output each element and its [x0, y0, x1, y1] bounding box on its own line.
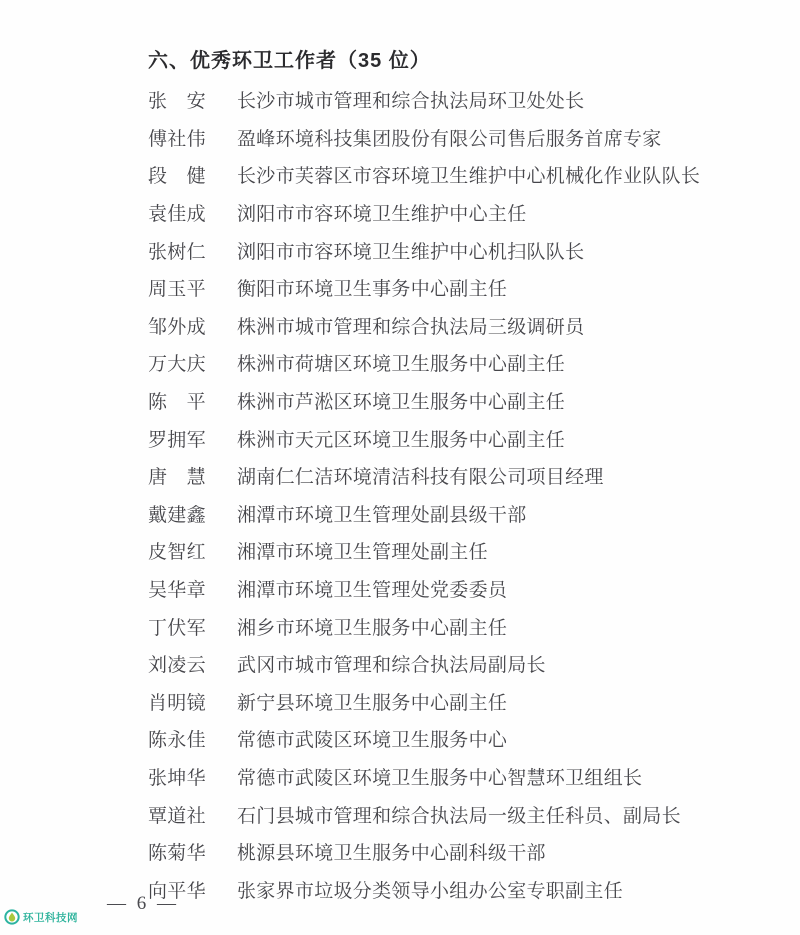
list-item: 张坤华常德市武陵区环境卫生服务中心智慧环卫组组长	[148, 758, 700, 796]
list-item: 邹外成株洲市城市管理和综合执法局三级调研员	[148, 307, 700, 345]
watermark-label: 环卫科技网	[23, 910, 78, 925]
person-title: 湘潭市环境卫生管理处党委委员	[237, 575, 507, 602]
person-title: 常德市武陵区环境卫生服务中心	[237, 725, 507, 752]
person-name: 张 安	[148, 86, 209, 113]
watermark: 环卫科技网	[4, 909, 78, 925]
water-drop-circle-icon	[4, 909, 20, 925]
person-name: 罗拥军	[148, 425, 209, 452]
person-title: 长沙市城市管理和综合执法局环卫处处长	[237, 86, 584, 113]
person-name: 邹外成	[148, 312, 209, 339]
list-item: 唐 慧湖南仁仁洁环境清洁科技有限公司项目经理	[148, 457, 700, 495]
page-number: — 6 —	[107, 893, 179, 915]
person-title: 株洲市天元区环境卫生服务中心副主任	[237, 425, 565, 452]
person-title: 湘潭市环境卫生管理处副县级干部	[237, 500, 527, 527]
person-name: 刘凌云	[148, 650, 209, 677]
person-name: 丁伏军	[148, 613, 209, 640]
person-title: 湘潭市环境卫生管理处副主任	[237, 537, 488, 564]
person-title: 桃源县环境卫生服务中心副科级干部	[237, 838, 546, 865]
person-title: 株洲市荷塘区环境卫生服务中心副主任	[237, 349, 565, 376]
list-item: 陈 平株洲市芦淞区环境卫生服务中心副主任	[148, 382, 700, 420]
list-item: 覃道社石门县城市管理和综合执法局一级主任科员、副局长	[148, 795, 700, 833]
person-title: 浏阳市市容环境卫生维护中心主任	[237, 199, 527, 226]
list-item: 陈菊华桃源县环境卫生服务中心副科级干部	[148, 833, 700, 871]
person-title: 湖南仁仁洁环境清洁科技有限公司项目经理	[237, 462, 604, 489]
person-name: 陈菊华	[148, 838, 209, 865]
person-name: 肖明镜	[148, 688, 209, 715]
section-heading: 六、优秀环卫工作者（35 位）	[148, 44, 431, 73]
person-name: 段 健	[148, 161, 209, 188]
person-title: 盈峰环境科技集团股份有限公司售后服务首席专家	[237, 124, 662, 151]
person-name: 皮智红	[148, 537, 209, 564]
person-name: 吴华章	[148, 575, 209, 602]
document-page: 六、优秀环卫工作者（35 位） 张 安长沙市城市管理和综合执法局环卫处处长傅社伟…	[0, 0, 800, 935]
list-item: 张 安长沙市城市管理和综合执法局环卫处处长	[148, 81, 700, 119]
person-title: 衡阳市环境卫生事务中心副主任	[237, 274, 507, 301]
list-item: 戴建鑫湘潭市环境卫生管理处副县级干部	[148, 495, 700, 533]
list-item: 傅社伟盈峰环境科技集团股份有限公司售后服务首席专家	[148, 119, 700, 157]
list-item: 向平华张家界市垃圾分类领导小组办公室专职副主任	[148, 870, 700, 908]
person-title: 常德市武陵区环境卫生服务中心智慧环卫组组长	[237, 763, 642, 790]
person-name: 袁佳成	[148, 199, 209, 226]
person-name: 戴建鑫	[148, 500, 209, 527]
list-item: 丁伏军湘乡市环境卫生服务中心副主任	[148, 607, 700, 645]
person-title: 株洲市芦淞区环境卫生服务中心副主任	[237, 387, 565, 414]
list-item: 袁佳成浏阳市市容环境卫生维护中心主任	[148, 194, 700, 232]
person-title: 张家界市垃圾分类领导小组办公室专职副主任	[237, 876, 623, 903]
person-name: 傅社伟	[148, 124, 209, 151]
list-item: 罗拥军株洲市天元区环境卫生服务中心副主任	[148, 419, 700, 457]
list-item: 肖明镜新宁县环境卫生服务中心副主任	[148, 683, 700, 721]
person-title: 石门县城市管理和综合执法局一级主任科员、副局长	[237, 801, 681, 828]
person-name: 张坤华	[148, 763, 209, 790]
person-title: 武冈市城市管理和综合执法局副局长	[237, 650, 546, 677]
person-name: 陈 平	[148, 387, 209, 414]
person-name: 唐 慧	[148, 462, 209, 489]
person-name: 张树仁	[148, 237, 209, 264]
person-name: 周玉平	[148, 274, 209, 301]
person-name: 覃道社	[148, 801, 209, 828]
awardee-list: 张 安长沙市城市管理和综合执法局环卫处处长傅社伟盈峰环境科技集团股份有限公司售后…	[148, 81, 700, 908]
person-title: 新宁县环境卫生服务中心副主任	[237, 688, 507, 715]
list-item: 刘凌云武冈市城市管理和综合执法局副局长	[148, 645, 700, 683]
person-title: 株洲市城市管理和综合执法局三级调研员	[237, 312, 584, 339]
list-item: 皮智红湘潭市环境卫生管理处副主任	[148, 532, 700, 570]
person-title: 浏阳市市容环境卫生维护中心机扫队队长	[237, 237, 584, 264]
person-name: 万大庆	[148, 349, 209, 376]
person-title: 湘乡市环境卫生服务中心副主任	[237, 613, 507, 640]
list-item: 陈永佳常德市武陵区环境卫生服务中心	[148, 720, 700, 758]
person-name: 陈永佳	[148, 725, 209, 752]
list-item: 万大庆株洲市荷塘区环境卫生服务中心副主任	[148, 344, 700, 382]
list-item: 段 健长沙市芙蓉区市容环境卫生维护中心机械化作业队队长	[148, 156, 700, 194]
list-item: 吴华章湘潭市环境卫生管理处党委委员	[148, 570, 700, 608]
person-title: 长沙市芙蓉区市容环境卫生维护中心机械化作业队队长	[237, 161, 700, 188]
list-item: 张树仁浏阳市市容环境卫生维护中心机扫队队长	[148, 231, 700, 269]
list-item: 周玉平衡阳市环境卫生事务中心副主任	[148, 269, 700, 307]
